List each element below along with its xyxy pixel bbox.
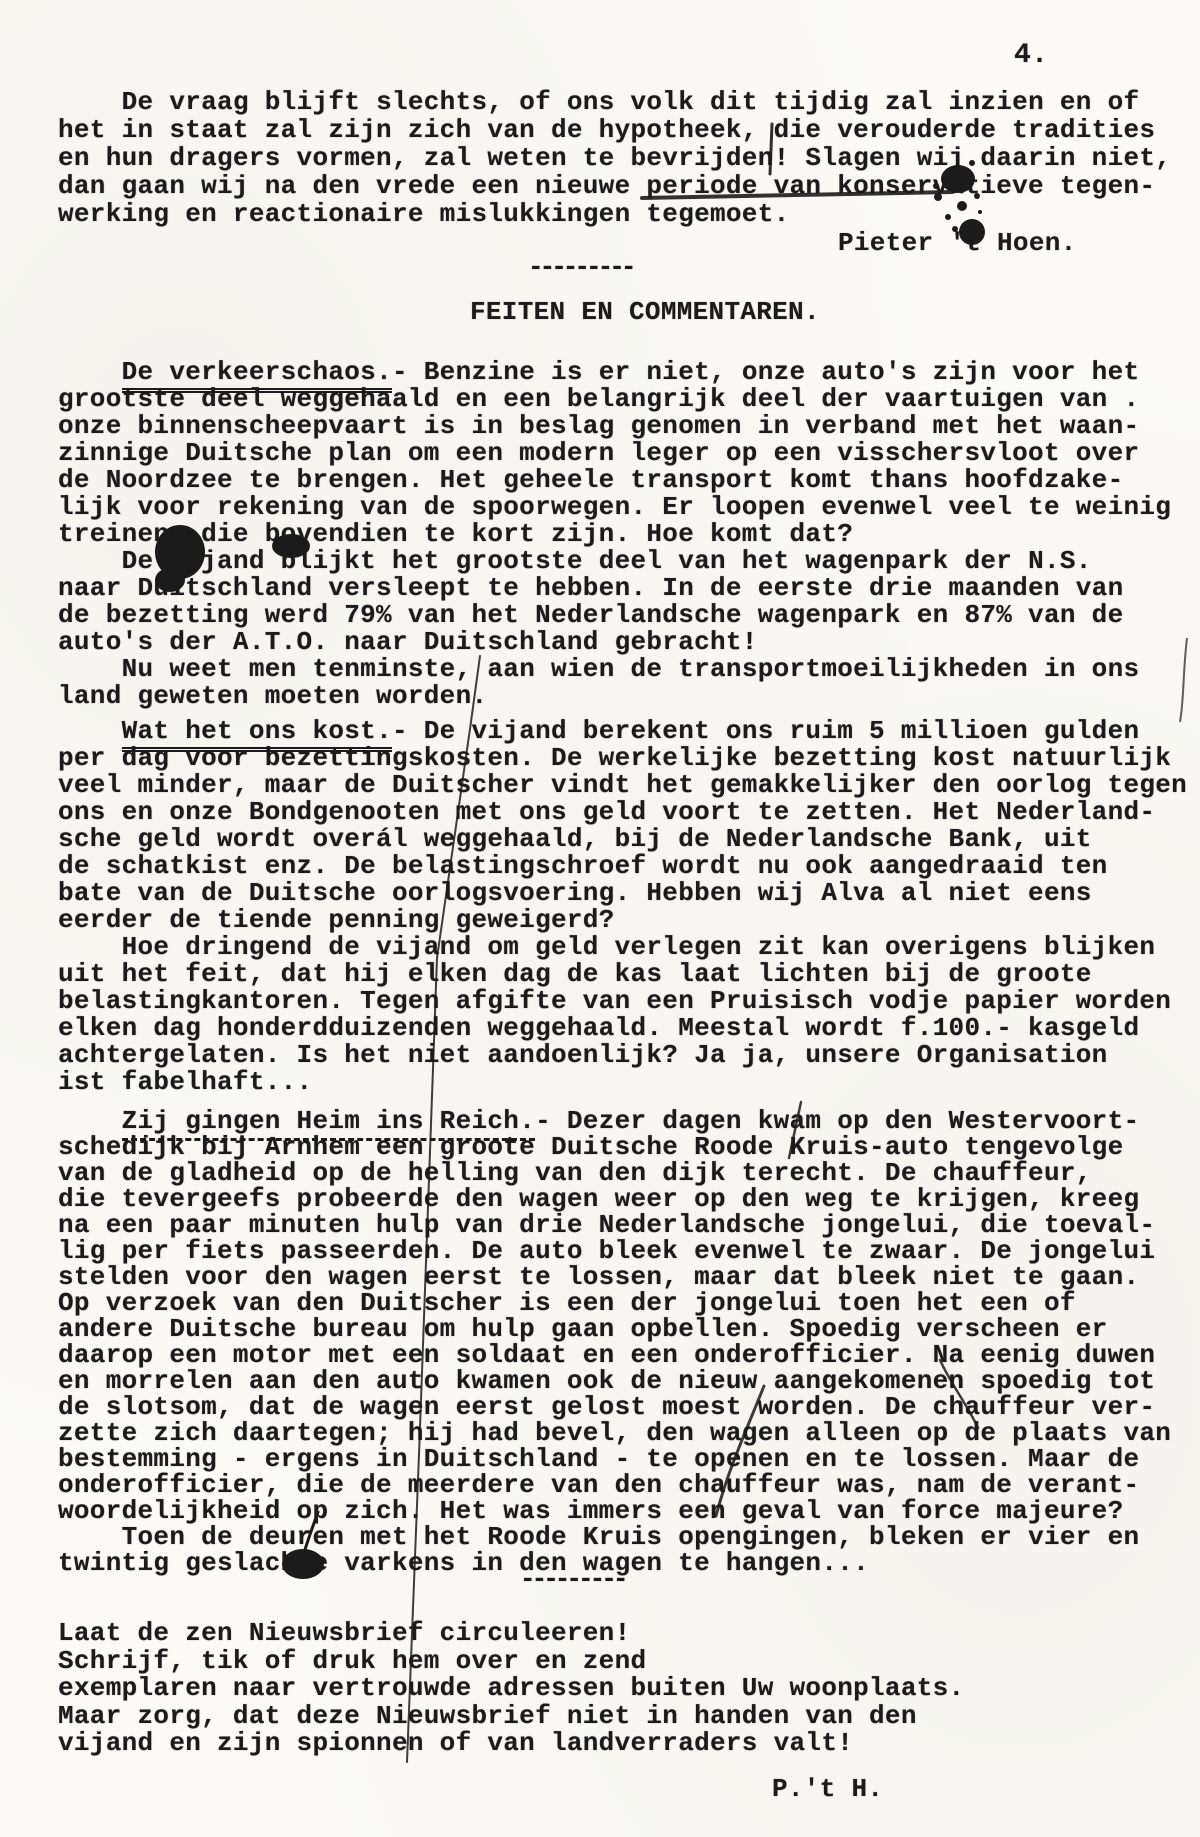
divider-top: --------- [528,252,632,282]
page-number: 4. [1014,40,1048,71]
section-body-wat-het-ons-kost: - De vijand berekent ons ruim 5 millioen… [58,716,1187,1097]
pen-stroke-right-margin [1180,638,1187,722]
intro-paragraph: De vraag blijft slechts, of ons volk dit… [58,88,1171,228]
section-indent [58,716,122,746]
closing-signature: P.'t H. [772,1774,883,1804]
section-heim-ins-reich: Zij gingen Heim ins Reich.- Dezer dagen … [58,1108,1171,1576]
page-heading: FEITEN EN COMMENTAREN. [470,297,820,327]
section-verkeerschaos: De verkeerschaos.- Benzine is er niet, o… [58,359,1171,710]
author-signature: Pieter 't Hoen. [838,228,1077,258]
footer-appeal: Laat de zen Nieuwsbrief circuleeren! Sch… [58,1620,964,1758]
section-wat-het-ons-kost: Wat het ons kost.- De vijand berekent on… [58,718,1187,1096]
section-body-heim-ins-reich: - Dezer dagen kwam op den Westervoort- s… [58,1106,1171,1578]
section-body-verkeerschaos: - Benzine is er niet, onze auto's zijn v… [58,357,1171,711]
divider-bottom: --------- [520,1564,624,1594]
document-page: 4. De vraag blijft slechts, of ons volk … [0,0,1200,1837]
section-indent [58,357,122,387]
